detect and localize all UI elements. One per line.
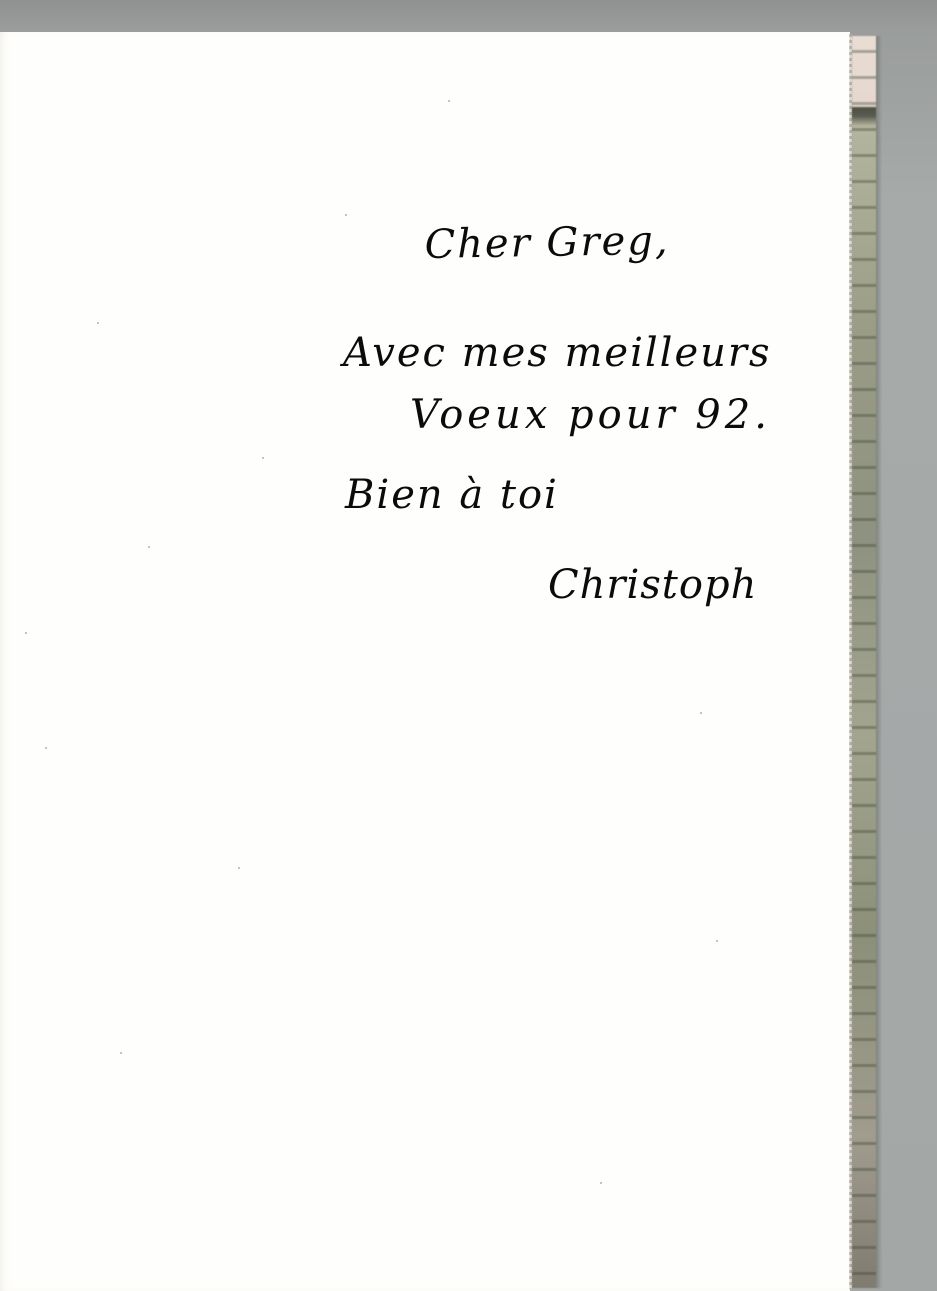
closing-text: Bien à toi (345, 472, 559, 518)
scanned-image: Cher Greg, Avec mes meilleurs Voeux pour… (0, 0, 937, 1291)
handwritten-inscription: Cher Greg, Avec mes meilleurs Voeux pour… (0, 32, 850, 1291)
book-spine-edge (852, 36, 876, 1288)
book-page: Cher Greg, Avec mes meilleurs Voeux pour… (0, 32, 850, 1291)
greeting-line-2: Voeux pour 92. (410, 392, 771, 438)
greeting-line-1: Avec mes meilleurs (343, 330, 772, 376)
salutation-text: Cher Greg, (424, 218, 670, 268)
signature-text: Christoph (548, 562, 757, 608)
